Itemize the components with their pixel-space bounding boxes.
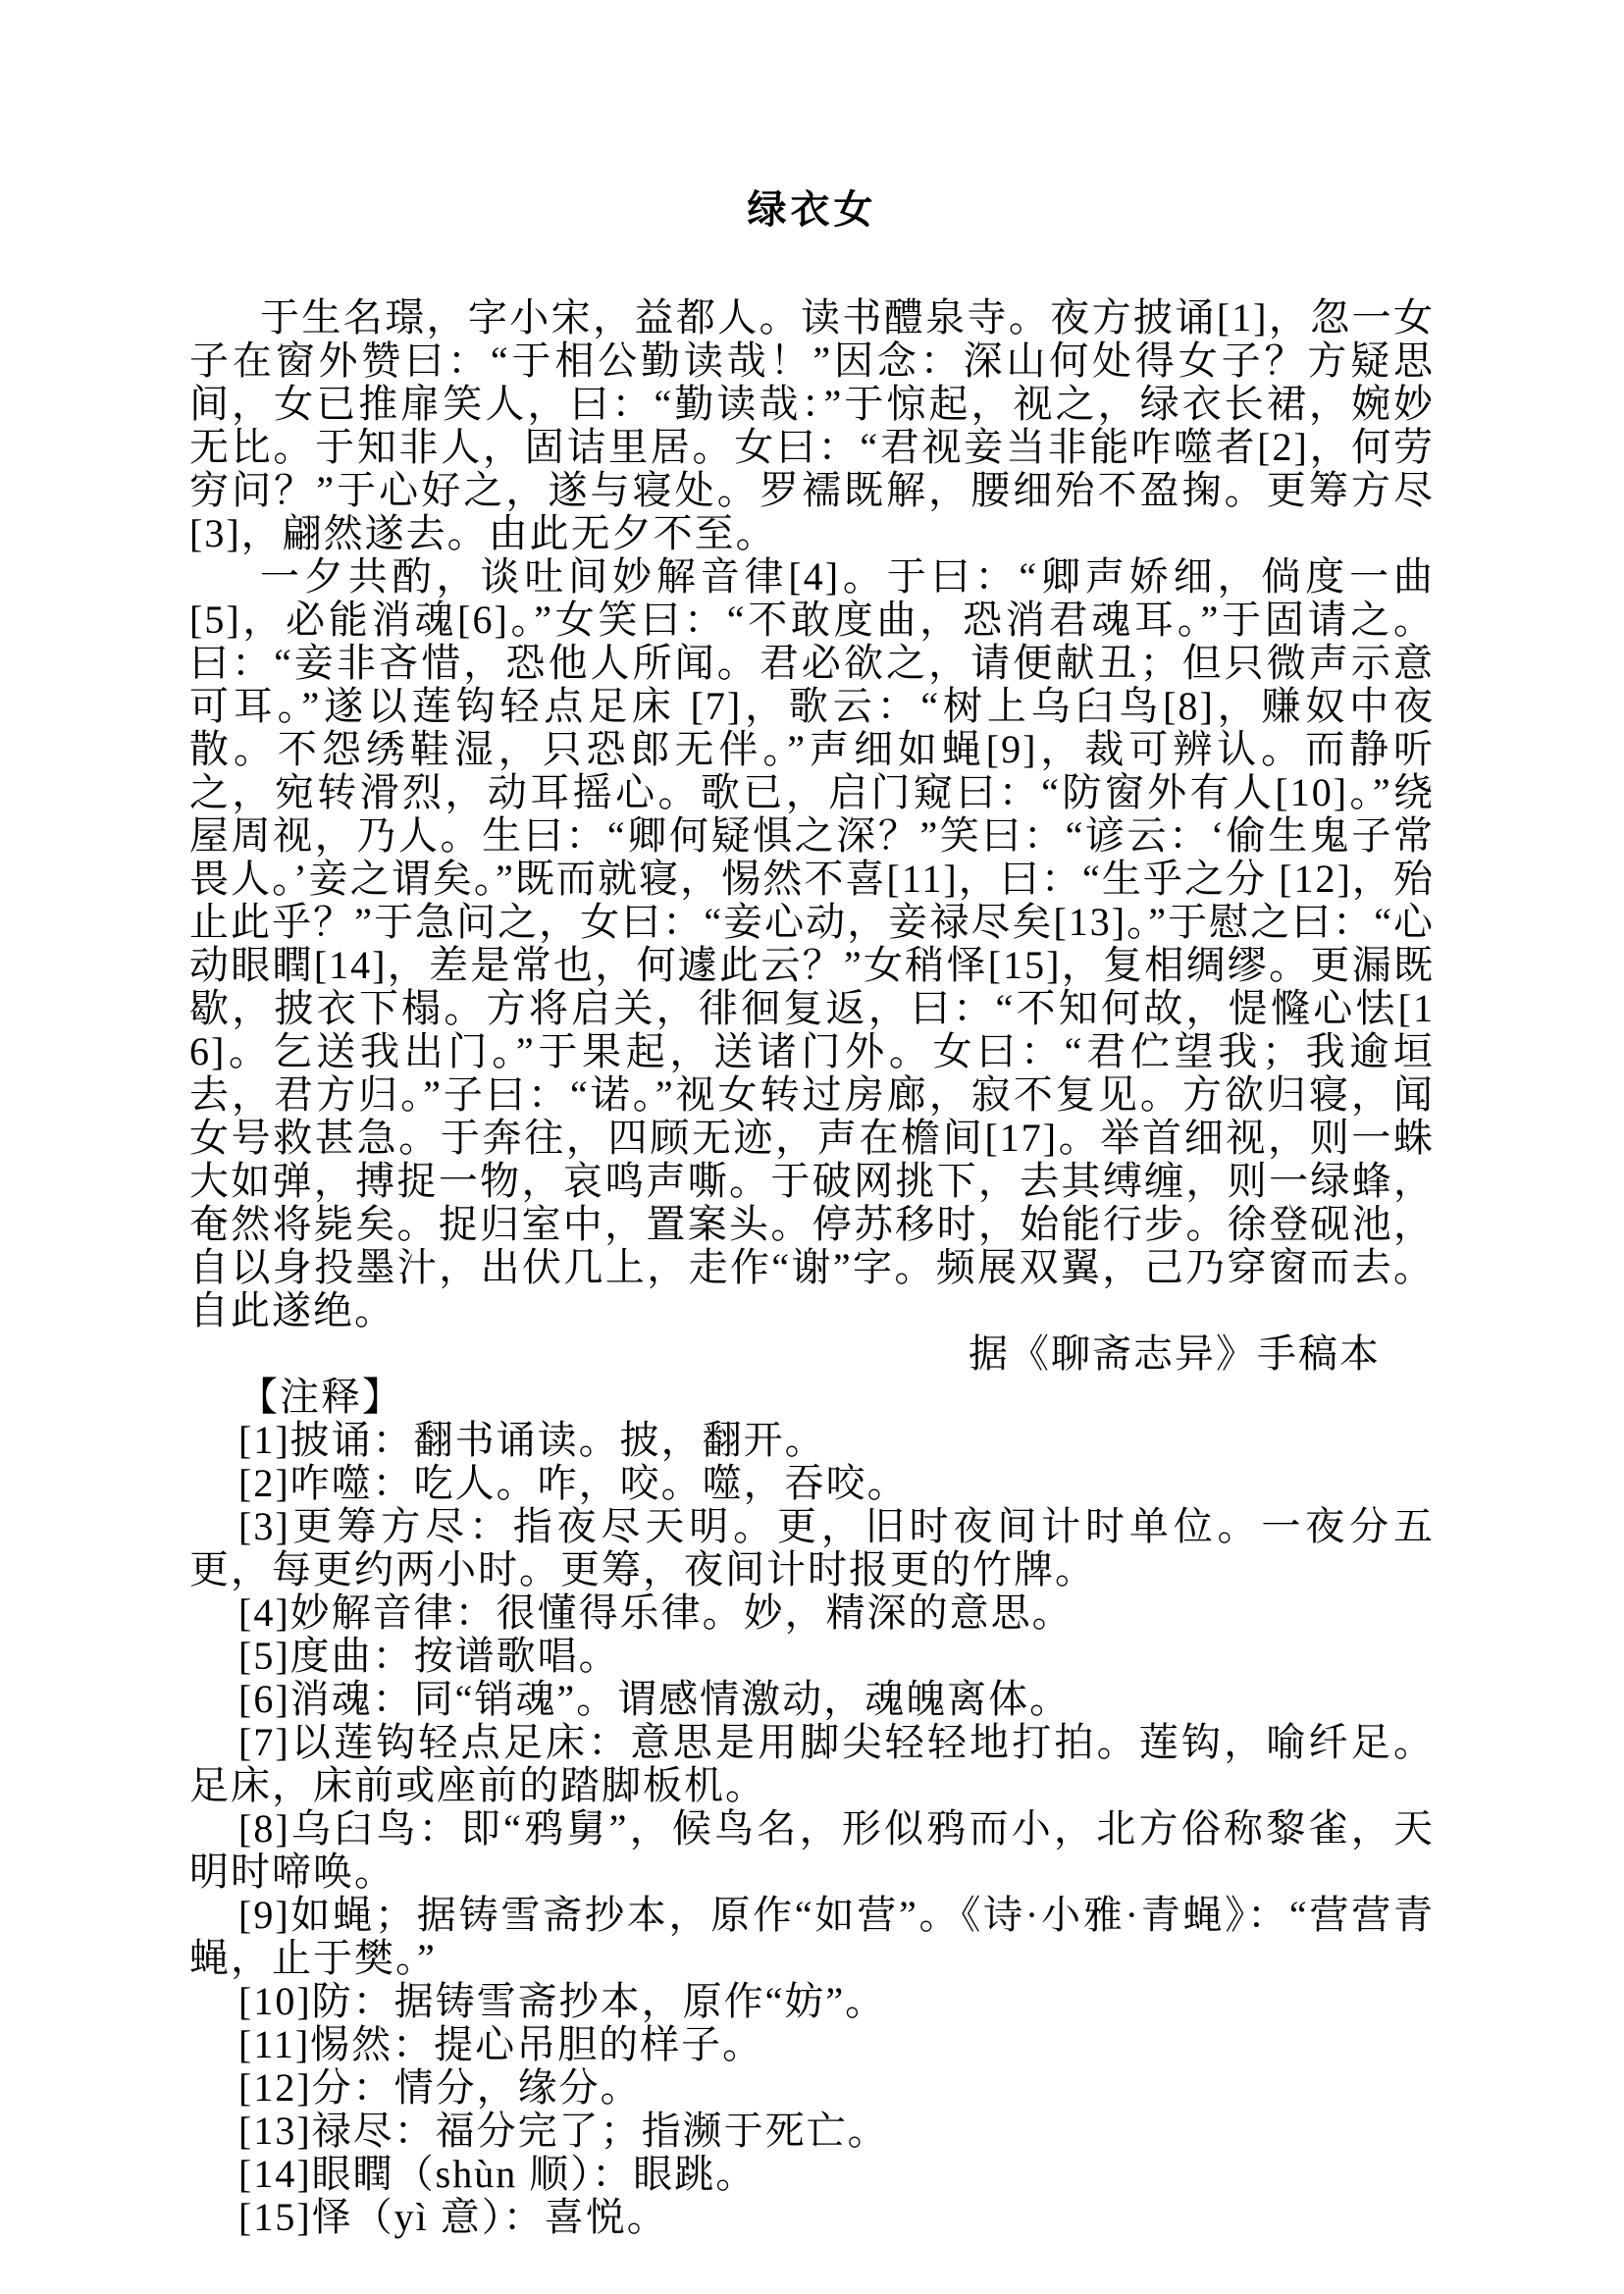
note-item-7: [7]以莲钩轻点足床：意思是用脚尖轻轻地打拍。莲钩，喻纤足。足床，床前或座前的踏… (189, 1721, 1435, 1807)
note-item-12: [12]分：情分，缘分。 (189, 2066, 1435, 2110)
story-paragraph-1: 于生名璟，字小宋，益都人。读书醴泉寺。夜方披诵[1]，忽一女子在窗外赞曰：“于相… (189, 296, 1435, 555)
document-page: 绿衣女 于生名璟，字小宋，益都人。读书醴泉寺。夜方披诵[1]，忽一女子在窗外赞曰… (0, 0, 1624, 2294)
note-item-1: [1]披诵：翻书诵读。披，翻开。 (189, 1419, 1435, 1462)
note-item-8: [8]乌臼鸟：即“鸦舅”，候鸟名，形似鸦而小，北方俗称黎雀，天明时啼唤。 (189, 1807, 1435, 1894)
page-title: 绿衣女 (189, 188, 1435, 232)
note-item-4: [4]妙解音律：很懂得乐律。妙，精深的意思。 (189, 1591, 1435, 1635)
note-item-5: [5]度曲：按谱歌唱。 (189, 1635, 1435, 1678)
notes-section: 【注释】 [1]披诵：翻书诵读。披，翻开。 [2]咋噬：吃人。咋，咬。噬，吞咬。… (189, 1376, 1435, 2239)
note-item-14: [14]眼瞤（shùn 顺）：眼跳。 (189, 2153, 1435, 2196)
source-attribution: 据《聊斋志异》手稿本 (189, 1332, 1435, 1376)
note-item-15: [15]怿（yì 意）：喜悦。 (189, 2196, 1435, 2239)
note-item-13: [13]禄尽：福分完了；指濒于死亡。 (189, 2110, 1435, 2153)
note-item-9: [9]如蝇；据铸雪斋抄本，原作“如营”。《诗·小雅·青蝇》：“营营青蝇，止于樊。… (189, 1894, 1435, 1980)
story-paragraph-2: 一夕共酌，谈吐间妙解音律[4]。于曰：“卿声娇细，倘度一曲[5]，必能消魂[6]… (189, 555, 1435, 1332)
note-item-11: [11]惕然：提心吊胆的样子。 (189, 2023, 1435, 2066)
story-body: 于生名璟，字小宋，益都人。读书醴泉寺。夜方披诵[1]，忽一女子在窗外赞曰：“于相… (189, 296, 1435, 1332)
note-item-6: [6]消魂：同“销魂”。谓感情激动，魂魄离体。 (189, 1678, 1435, 1721)
note-item-10: [10]防：据铸雪斋抄本，原作“妨”。 (189, 1980, 1435, 2023)
note-item-2: [2]咋噬：吃人。咋，咬。噬，吞咬。 (189, 1462, 1435, 1505)
note-item-3: [3]更筹方尽：指夜尽天明。更，旧时夜间计时单位。一夜分五更，每更约两小时。更筹… (189, 1505, 1435, 1591)
notes-header: 【注释】 (189, 1376, 1435, 1419)
